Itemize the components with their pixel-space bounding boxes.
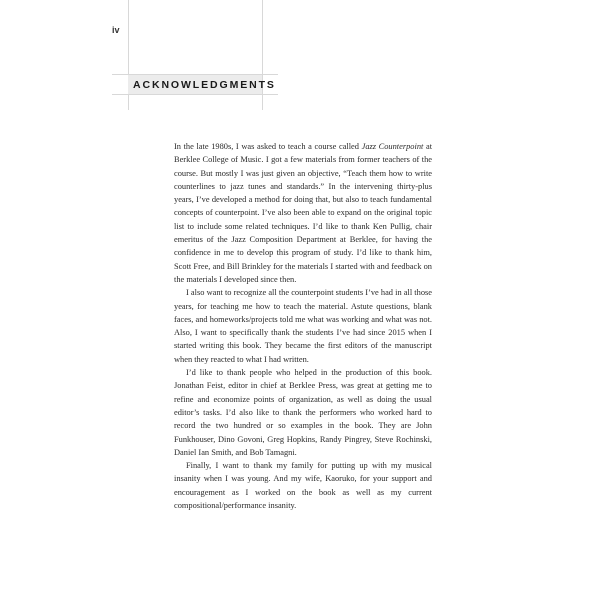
heading-rule-bottom bbox=[112, 94, 278, 95]
chapter-heading: ACKNOWLEDGMENTS bbox=[133, 79, 276, 91]
course-title: Jazz Counterpoint bbox=[362, 142, 424, 151]
paragraph-3: I’d like to thank people who helped in t… bbox=[174, 366, 432, 459]
paragraph-1-rest: at Berklee College of Music. I got a few… bbox=[174, 142, 432, 284]
body-text: In the late 1980s, I was asked to teach … bbox=[174, 140, 432, 512]
page-number: iv bbox=[112, 25, 120, 35]
paragraph-1: In the late 1980s, I was asked to teach … bbox=[174, 140, 432, 286]
paragraph-2: I also want to recognize all the counter… bbox=[174, 286, 432, 366]
paragraph-4: Finally, I want to thank my family for p… bbox=[174, 459, 432, 512]
book-page: iv ACKNOWLEDGMENTS In the late 1980s, I … bbox=[0, 0, 600, 600]
paragraph-1-lead: In the late 1980s, I was asked to teach … bbox=[174, 142, 362, 151]
heading-rule-top bbox=[112, 74, 278, 75]
